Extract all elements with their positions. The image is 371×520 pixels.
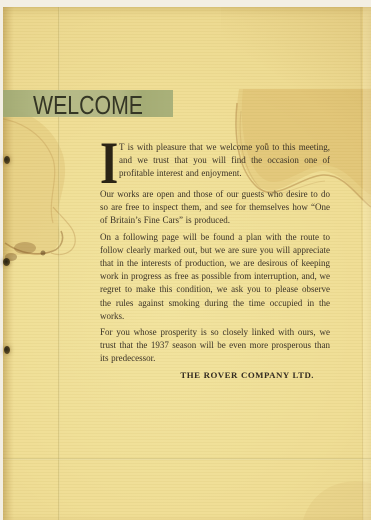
vertical-crease bbox=[58, 7, 60, 520]
paragraph-prosperity: For you whose prosperity is so closely l… bbox=[100, 326, 330, 366]
welcome-heading: WELCOME bbox=[33, 90, 143, 117]
scanned-page: WELCOME IT is with pleasure that we welc… bbox=[0, 0, 371, 520]
paragraph-welcome: IT is with pleasure that we welcome you … bbox=[100, 141, 330, 181]
drop-cap: I bbox=[100, 141, 112, 188]
paper: WELCOME IT is with pleasure that we welc… bbox=[3, 7, 371, 520]
binding-hole bbox=[4, 156, 10, 164]
paragraph-text: T is with pleasure that we welcome you t… bbox=[119, 142, 330, 178]
signature: THE ROVER COMPANY LTD. bbox=[100, 369, 330, 382]
binding-hole bbox=[3, 258, 10, 266]
fold-shadow bbox=[221, 7, 371, 122]
binding-hole bbox=[4, 346, 10, 354]
horizontal-crease bbox=[3, 458, 371, 460]
text-block: IT is with pleasure that we welcome you … bbox=[100, 141, 330, 382]
welcome-band: WELCOME bbox=[3, 90, 173, 117]
paragraph-works-open: Our works are open and those of our gues… bbox=[100, 188, 330, 228]
paragraph-route-plan: On a following page will be found a plan… bbox=[100, 231, 330, 323]
